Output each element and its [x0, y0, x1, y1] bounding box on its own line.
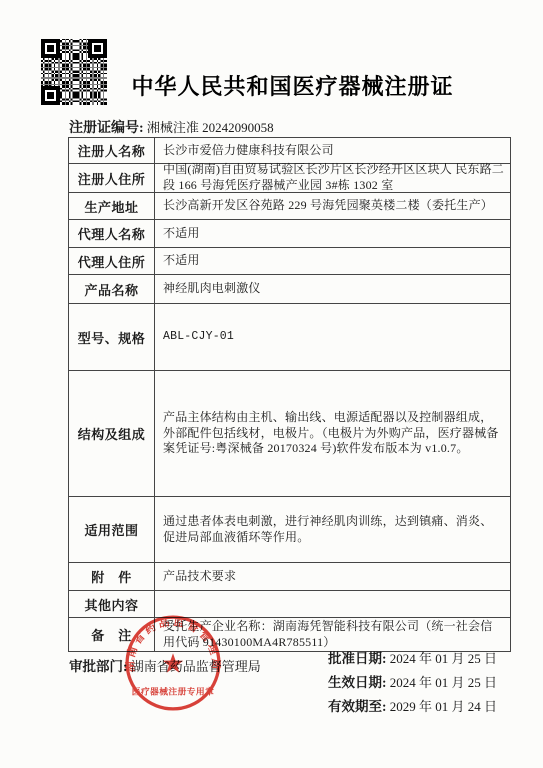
approval-date: 批准日期: 2024 年 01 月 25 日	[328, 647, 497, 671]
row-value: 神经肌肉电刺激仪	[155, 275, 510, 303]
row-label: 注册人名称	[69, 138, 155, 163]
approval-department: 审批部门: 湖南省药品监督管理局	[69, 655, 261, 675]
approval-department-value: 湖南省药品监督管理局	[131, 659, 261, 674]
row-value	[155, 591, 510, 617]
table-row: 生产地址 长沙高新开发区谷苑路 229 号海凭园聚英楼二楼（委托生产）	[69, 193, 510, 220]
row-value: ABL-CJY-01	[155, 304, 510, 370]
expiry-date: 有效期至: 2029 年 01 月 24 日	[328, 695, 497, 719]
seal-bottom-text: 医疗器械注册专用章	[132, 686, 215, 697]
table-row: 注册人住所 中国(湖南)自由贸易试验区长沙片区长沙经开区区块人 民东路二段 16…	[69, 164, 510, 193]
qr-finder-icon	[41, 39, 60, 58]
qr-finder-icon	[88, 39, 107, 58]
row-label: 结构及组成	[69, 371, 155, 496]
row-value: 中国(湖南)自由贸易试验区长沙片区长沙经开区区块人 民东路二段 166 号海凭医…	[155, 164, 510, 192]
registration-number-value: 湘械注准 20242090058	[147, 120, 274, 135]
effective-date: 生效日期: 2024 年 01 月 25 日	[328, 671, 497, 695]
effective-date-value: 2024 年 01 月 25 日	[390, 675, 497, 690]
row-label: 生产地址	[69, 193, 155, 219]
table-row: 代理人名称 不适用	[69, 220, 510, 248]
expiry-date-value: 2029 年 01 月 24 日	[390, 699, 497, 714]
table-row: 型号、规格 ABL-CJY-01	[69, 304, 510, 371]
expiry-date-label: 有效期至:	[328, 699, 387, 714]
row-label: 代理人住所	[69, 248, 155, 274]
row-value: 产品技术要求	[155, 563, 510, 590]
row-label: 附 件	[69, 563, 155, 590]
certificate-table: 注册人名称 长沙市爱倍力健康科技有限公司 注册人住所 中国(湖南)自由贸易试验区…	[68, 137, 511, 652]
row-label: 代理人名称	[69, 220, 155, 247]
row-label: 注册人住所	[69, 164, 155, 192]
row-value: 长沙市爱倍力健康科技有限公司	[155, 138, 510, 163]
table-row: 注册人名称 长沙市爱倍力健康科技有限公司	[69, 138, 510, 164]
date-block: 批准日期: 2024 年 01 月 25 日 生效日期: 2024 年 01 月…	[328, 647, 497, 719]
certificate-page: 中华人民共和国医疗器械注册证 注册证编号: 湘械注准 20242090058 注…	[0, 0, 543, 768]
table-row: 其他内容	[69, 591, 510, 618]
table-row: 产品名称 神经肌肉电刺激仪	[69, 275, 510, 304]
row-value: 不适用	[155, 248, 510, 274]
row-label: 型号、规格	[69, 304, 155, 370]
table-row: 结构及组成 产品主体结构由主机、输出线、电源适配器以及控制器组成，外部配件包括线…	[69, 371, 510, 497]
table-row: 代理人住所 不适用	[69, 248, 510, 275]
row-label: 产品名称	[69, 275, 155, 303]
row-label: 其他内容	[69, 591, 155, 617]
table-row: 附 件 产品技术要求	[69, 563, 510, 591]
table-row: 适用范围 通过患者体表电刺激，进行神经肌肉训练，达到镇痛、消炎、促进局部血液循环…	[69, 497, 510, 563]
registration-number: 注册证编号: 湘械注准 20242090058	[69, 117, 274, 137]
row-value: 产品主体结构由主机、输出线、电源适配器以及控制器组成，外部配件包括线材，电极片。…	[155, 371, 510, 496]
approval-date-value: 2024 年 01 月 25 日	[390, 651, 497, 666]
page-title: 中华人民共和国医疗器械注册证	[105, 70, 480, 101]
row-label: 备 注	[69, 618, 155, 651]
qr-finder-icon	[41, 86, 60, 105]
row-value: 长沙高新开发区谷苑路 229 号海凭园聚英楼二楼（委托生产）	[155, 193, 510, 219]
effective-date-label: 生效日期:	[328, 675, 387, 690]
row-value: 不适用	[155, 220, 510, 247]
row-value: 通过患者体表电刺激，进行神经肌肉训练，达到镇痛、消炎、促进局部血液循环等作用。	[155, 497, 510, 562]
approval-date-label: 批准日期:	[328, 651, 387, 666]
approval-department-label: 审批部门:	[69, 659, 128, 674]
registration-number-label: 注册证编号:	[69, 121, 144, 136]
qr-code-icon	[41, 39, 107, 105]
row-label: 适用范围	[69, 497, 155, 562]
